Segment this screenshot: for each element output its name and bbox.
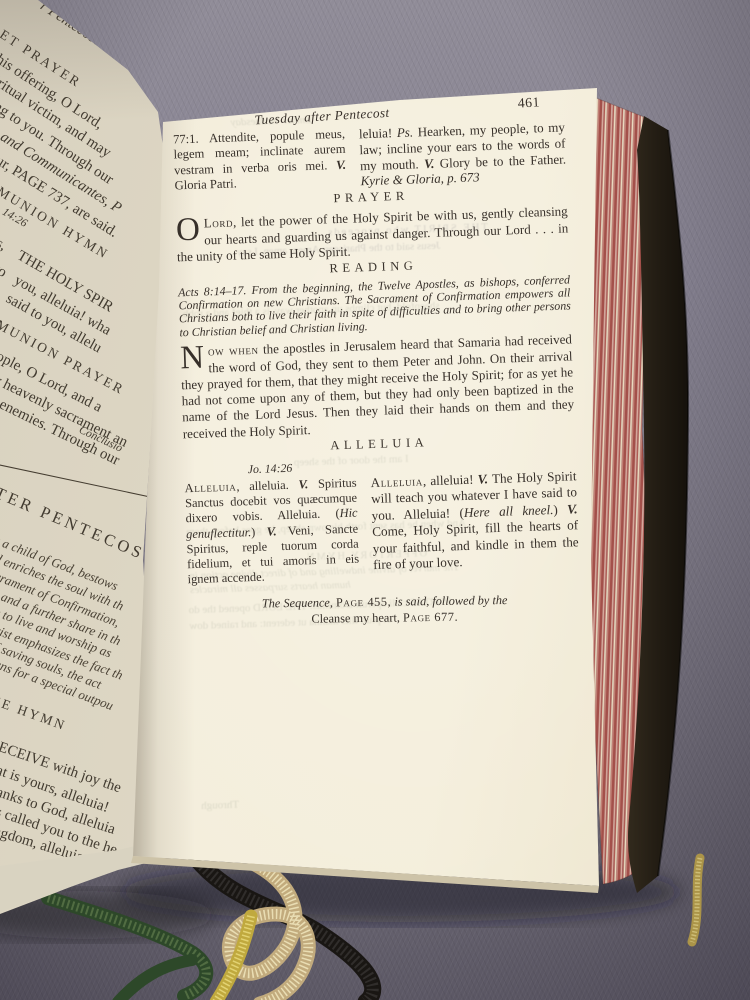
ghost-text: Through [201,797,239,815]
alleluia-english-text: , alleluia! [423,471,478,488]
photo-open-missal: r Pentecost CRET PRAYER s this offering,… [0,0,750,1000]
versicle-mark: V. [336,158,346,172]
psalm-latin-column: 77:1. Attendite, popule meus, legem meam… [173,127,347,196]
psalm-english-tail: Glory be to the Father. [434,151,566,170]
alleluia-english-text: ) [553,501,567,516]
reading-lead: ow when [208,342,259,359]
ghost-text: I am the door of the sheep [294,451,409,471]
prayer-lead: Lord [203,215,233,231]
page-number: 461 [517,94,540,112]
psalm-latin-tail: Gloria Patri. [174,177,237,193]
sequence-note-text: The Sequence, [262,595,336,610]
cleanse-note-text: Cleanse my heart, [311,610,403,625]
drop-cap: N [180,344,209,373]
alleluia-latin-lead: Alleluia [184,479,236,495]
drop-cap: O [176,216,205,245]
sequence-note: The Sequence, Page 455, is said, followe… [189,592,581,628]
alleluia-english-lead: Alleluia [370,473,423,490]
cleanse-page-ref: Page 677. [403,609,459,624]
reading-text: Now when the apostles in Jerusalem heard… [180,332,575,443]
psalm-english-column: leluia! Ps. Hearken, my people, to my la… [359,119,567,189]
psalm-english-lead: leluia! [359,125,397,141]
kyrie-gloria-rubric: Kyrie & Gloria, p. 673 [360,170,480,189]
ps-mark: Ps. [397,125,414,141]
versicle-mark: V. [477,471,488,486]
right-page-text-block: Ember Wednesday THE SPIRIT who proceeds … [172,98,581,632]
alleluia-latin-text: , alleluia. [236,477,299,493]
kneel-rubric: Here all kneel. [464,502,554,520]
versicle-mark: V. [567,501,578,516]
versicle-mark: V. [298,477,308,491]
sequence-page-ref: Page 455, [336,594,392,609]
sequence-note-text: is said, followed by the [391,593,507,609]
